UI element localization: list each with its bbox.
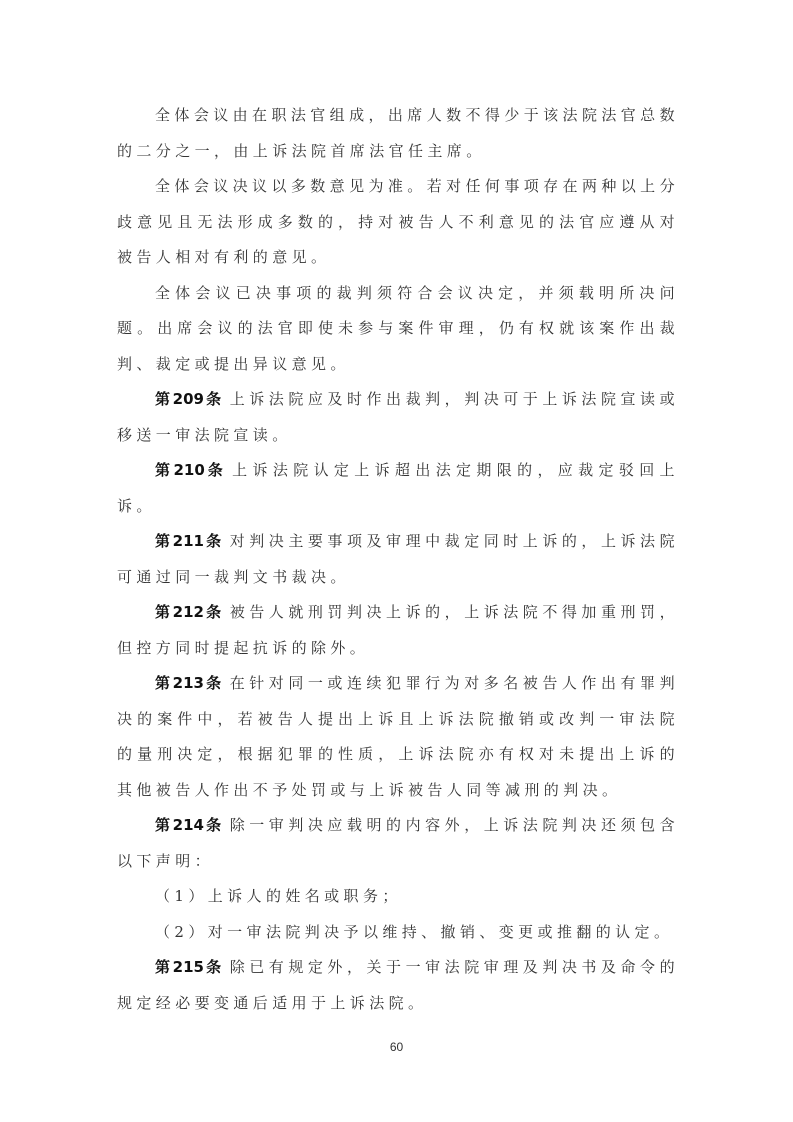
article-prefix: 第 [155, 461, 171, 479]
page-number: 60 [0, 1040, 793, 1054]
article-prefix: 第 [155, 958, 171, 976]
article-suffix: 条 [206, 390, 222, 408]
paragraph-text: 全体会议已决事项的裁判须符合会议决定，并须载明所决问题。出席会议的法官即使未参与… [117, 284, 679, 373]
article-prefix: 第 [155, 532, 171, 550]
article-heading: 第212条 [155, 603, 222, 621]
article-suffix: 条 [206, 532, 222, 550]
paragraph-text: 全体会议决议以多数意见为准。若对任何事项存在两种以上分歧意见且无法形成多数的，持… [117, 177, 679, 266]
article-number: 213 [173, 674, 204, 692]
paragraph-plenary-decisions: 全体会议已决事项的裁判须符合会议决定，并须载明所决问题。出席会议的法官即使未参与… [117, 276, 679, 383]
list-item-text: （1）上诉人的姓名或职务； [155, 887, 402, 905]
document-body: 全体会议由在职法官组成，出席人数不得少于该法院法官总数的二分之一，由上诉法院首席… [117, 98, 679, 1021]
article-number: 209 [173, 390, 204, 408]
list-item-text: （2）对一审法院判决予以维持、撤销、变更或推翻的认定。 [155, 923, 673, 941]
list-item-2: （2）对一审法院判决予以维持、撤销、变更或推翻的认定。 [117, 915, 679, 951]
paragraph-text: 全体会议由在职法官组成，出席人数不得少于该法院法官总数的二分之一，由上诉法院首席… [117, 106, 679, 160]
paragraph-plenary-composition: 全体会议由在职法官组成，出席人数不得少于该法院法官总数的二分之一，由上诉法院首席… [117, 98, 679, 169]
article-number: 212 [173, 603, 204, 621]
article-suffix: 条 [207, 461, 224, 479]
article-213: 第213条在针对同一或连续犯罪行为对多名被告人作出有罪判决的案件中，若被告人提出… [117, 666, 679, 808]
article-number: 215 [173, 958, 204, 976]
article-heading: 第213条 [155, 674, 222, 692]
list-item-1: （1）上诉人的姓名或职务； [117, 879, 679, 915]
article-text: 在针对同一或连续犯罪行为对多名被告人作出有罪判决的案件中，若被告人提出上诉且上诉… [117, 674, 679, 799]
article-heading: 第211条 [155, 532, 222, 550]
article-210: 第210条上诉法院认定上诉超出法定期限的，应裁定驳回上诉。 [117, 453, 679, 524]
article-prefix: 第 [155, 816, 171, 834]
article-212: 第212条被告人就刑罚判决上诉的，上诉法院不得加重刑罚，但控方同时提起抗诉的除外… [117, 595, 679, 666]
article-209: 第209条上诉法院应及时作出裁判，判决可于上诉法院宣读或移送一审法院宣读。 [117, 382, 679, 453]
article-suffix: 条 [206, 674, 222, 692]
article-215: 第215条除已有规定外，关于一审法院审理及判决书及命令的规定经必要变通后适用于上… [117, 950, 679, 1021]
article-211: 第211条对判决主要事项及审理中裁定同时上诉的，上诉法院可通过同一裁判文书裁决。 [117, 524, 679, 595]
article-number: 211 [173, 532, 204, 550]
article-number: 214 [173, 816, 204, 834]
article-prefix: 第 [155, 674, 171, 692]
article-suffix: 条 [206, 958, 222, 976]
article-heading: 第210条 [155, 461, 224, 479]
article-prefix: 第 [155, 603, 171, 621]
article-heading: 第214条 [155, 816, 222, 834]
article-heading: 第215条 [155, 958, 222, 976]
article-number: 210 [173, 461, 204, 479]
article-heading: 第209条 [155, 390, 222, 408]
article-prefix: 第 [155, 390, 171, 408]
paragraph-plenary-majority: 全体会议决议以多数意见为准。若对任何事项存在两种以上分歧意见且无法形成多数的，持… [117, 169, 679, 276]
article-suffix: 条 [206, 603, 222, 621]
article-suffix: 条 [206, 816, 222, 834]
article-214: 第214条除一审判决应载明的内容外，上诉法院判决还须包含以下声明： [117, 808, 679, 879]
